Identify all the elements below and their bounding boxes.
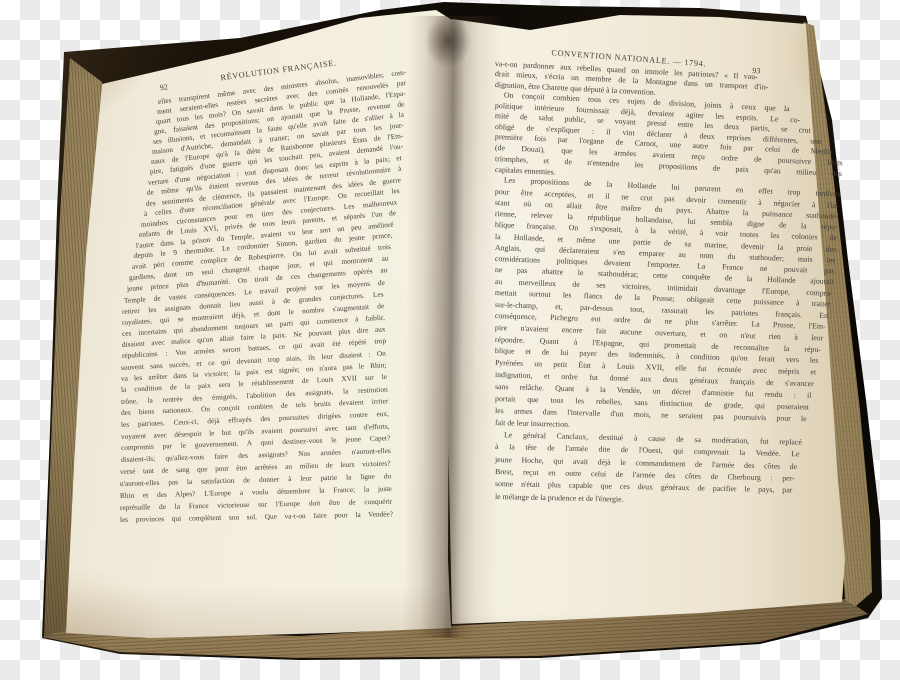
transparency-checkerboard: 92 RÉVOLUTION FRANÇAISE. elles transpire… — [0, 0, 900, 680]
book-gutter-top-shadow — [416, 4, 480, 78]
left-page-number: 92 — [159, 82, 168, 92]
right-page-text: CONVENTION NATIONALE. — 1794. 93 va-t-on… — [495, 44, 847, 503]
left-page-text: 92 RÉVOLUTION FRANÇAISE. elles transpire… — [120, 82, 460, 526]
right-page-lines: va-t-on pardonner aux rebelles quand on … — [495, 59, 847, 503]
open-book-photo: 92 RÉVOLUTION FRANÇAISE. elles transpire… — [0, 0, 900, 680]
left-page-lines: elles transpirent même avec des ministre… — [120, 97, 460, 526]
